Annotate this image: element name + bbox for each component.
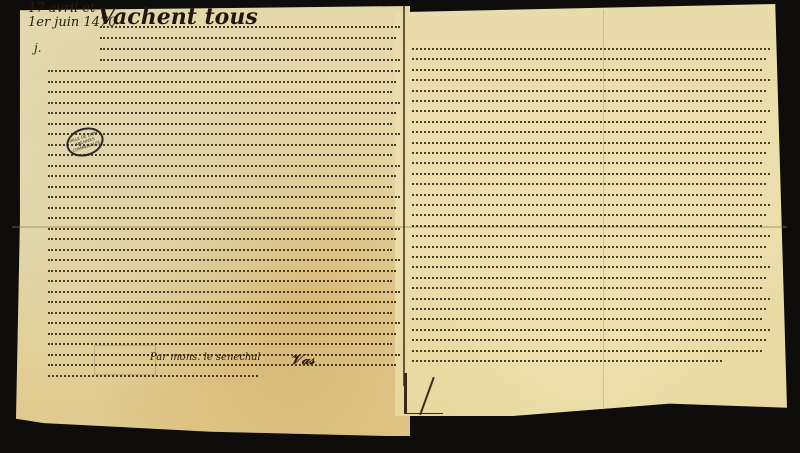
handwriting-line: [48, 186, 392, 189]
handwriting-line: [412, 110, 770, 113]
handwriting-line: [48, 375, 258, 378]
handwriting-line: [412, 121, 766, 124]
right-sheet: [395, 4, 787, 416]
handwriting-line: [412, 131, 762, 134]
handwriting-line: [48, 123, 392, 126]
handwriting-line: [412, 256, 762, 259]
handwriting-line: [48, 112, 396, 115]
handwriting-line: [412, 235, 770, 238]
handwriting-line: [412, 287, 762, 290]
handwriting-line: [48, 144, 396, 147]
signature: 𝒱𝒶𝓈: [290, 352, 315, 368]
handwriting-line: [412, 204, 770, 207]
margin-mark: j.: [34, 41, 42, 55]
handwriting-line: [48, 217, 392, 220]
handwriting-line: [48, 364, 396, 367]
handwriting-line: [48, 81, 396, 84]
handwriting-line: [412, 152, 766, 155]
handwriting-line: [48, 154, 392, 157]
handwriting-line: [48, 165, 400, 168]
handwriting-line: [412, 90, 766, 93]
handwriting-line: [412, 162, 762, 165]
handwriting-line: [412, 339, 766, 342]
handwriting-line: [412, 308, 766, 311]
handwriting-line: [48, 301, 396, 304]
handwriting-line: [48, 102, 400, 105]
handwriting-line: [48, 133, 400, 136]
handwriting-line: [48, 270, 396, 273]
handwriting-line: [48, 196, 400, 199]
handwriting-line: [48, 207, 396, 210]
handwriting-line: [48, 91, 392, 94]
handwriting-line: [412, 277, 766, 280]
handwriting-line: [48, 238, 396, 241]
handwriting-line: [412, 318, 762, 321]
handwriting-line: [100, 37, 396, 40]
handwriting-line: [412, 350, 762, 353]
handwriting-line: [412, 79, 770, 82]
handwriting-line: [412, 214, 766, 217]
handwriting-line: [412, 360, 722, 363]
handwriting-line: [48, 333, 396, 336]
handwriting-line: [48, 291, 400, 294]
handwriting-line: [100, 59, 400, 62]
handwriting-line: [48, 312, 392, 315]
manuscript: 17 avril et 1er juin 1470 j. Vachent tou…: [0, 0, 800, 453]
handwriting-line: [412, 266, 770, 269]
handwriting-line: [48, 343, 392, 346]
handwriting-line: [48, 228, 400, 231]
handwriting-line: [412, 298, 770, 301]
handwriting-line: [48, 175, 396, 178]
faded-stamp: [94, 345, 156, 375]
handwriting-line: [412, 142, 770, 145]
closing-note: Par mons. le senechal: [150, 352, 261, 363]
sheet-join-line: [403, 6, 405, 386]
handwriting-line: [412, 48, 770, 51]
handwriting-line: [412, 194, 762, 197]
handwriting-line: [412, 100, 762, 103]
handwriting-line: [412, 69, 762, 72]
handwriting-line: [412, 173, 770, 176]
handwriting-line: [48, 259, 400, 262]
handwriting-line: [412, 329, 770, 332]
handwriting-line: [100, 26, 400, 29]
handwriting-line: [48, 322, 400, 325]
handwriting-line: [100, 48, 392, 51]
handwriting-line: [412, 183, 766, 186]
handwriting-line: [48, 249, 392, 252]
handwriting-line: [48, 70, 400, 73]
handwriting-line: [412, 58, 766, 61]
handwriting-line: [412, 225, 762, 228]
handwriting-line: [48, 280, 392, 283]
handwriting-line: [412, 246, 766, 249]
